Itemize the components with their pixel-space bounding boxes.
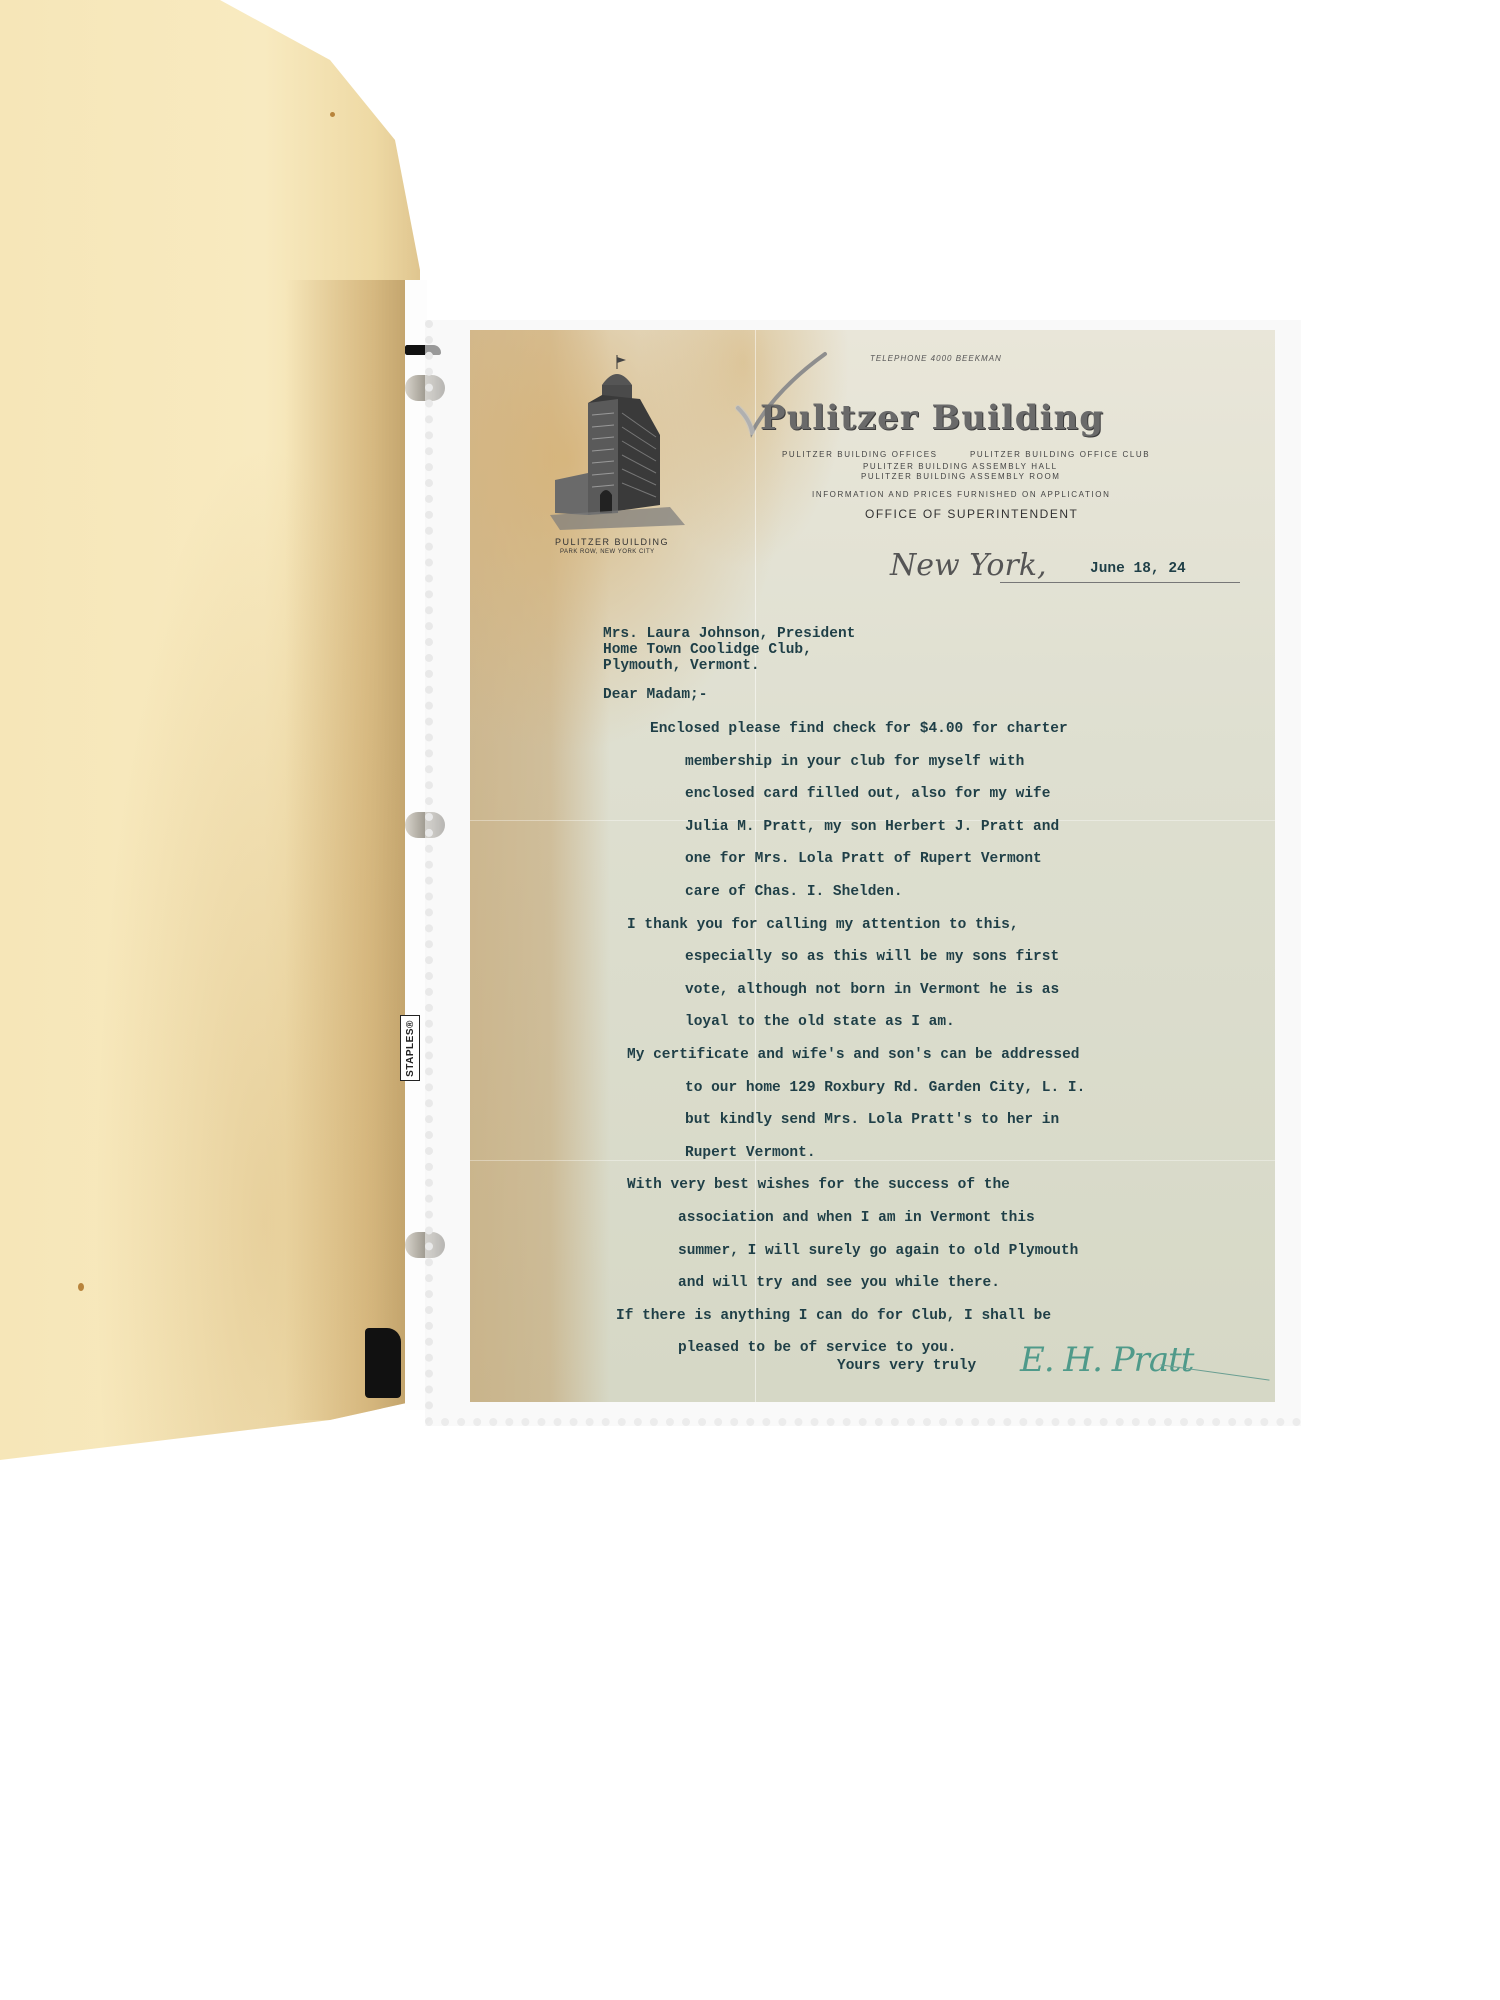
date-rule (1000, 582, 1240, 583)
letterhead-telephone: TELEPHONE 4000 BEEKMAN (870, 354, 1002, 363)
body-line: association and when I am in Vermont thi… (678, 1211, 1035, 1226)
letterhead-office: OFFICE OF SUPERINTENDENT (865, 507, 1078, 521)
body-line: Rupert Vermont. (685, 1146, 816, 1161)
body-line: to our home 129 Roxbury Rd. Garden City,… (685, 1081, 1085, 1096)
body-line: loyal to the old state as I am. (685, 1015, 955, 1030)
body-line: especially so as this will be my sons fi… (685, 950, 1059, 965)
signature: E. H. Pratt (1020, 1340, 1193, 1380)
body-line: summer, I will surely go again to old Pl… (678, 1244, 1078, 1259)
body-line: I thank you for calling my attention to … (627, 918, 1019, 933)
letterhead-information: INFORMATION AND PRICES FURNISHED ON APPL… (812, 490, 1111, 499)
water-stain (285, 280, 420, 1420)
body-line: Julia M. Pratt, my son Herbert J. Pratt … (685, 820, 1059, 835)
stain-spot (78, 1283, 84, 1291)
engraving-caption: PULITZER BUILDING (555, 537, 669, 547)
letterhead-service: PULITZER BUILDING ASSEMBLY HALL (863, 462, 1058, 471)
binder-clip (365, 1328, 401, 1398)
body-line: With very best wishes for the success of… (627, 1178, 1010, 1193)
previous-page (0, 0, 440, 1530)
body-line: enclosed card filled out, also for my wi… (685, 787, 1050, 802)
pulitzer-building-engraving-icon (550, 355, 690, 530)
letter-document: TELEPHONE 4000 BEEKMAN Pulitzer Building… (470, 330, 1275, 1402)
letter-date: June 18, 24 (1090, 562, 1186, 577)
body-line: Enclosed please find check for $4.00 for… (650, 722, 1068, 737)
recipient-line: Plymouth, Vermont. (603, 659, 760, 674)
body-line: If there is anything I can do for Club, … (616, 1309, 1051, 1324)
closing: Yours very truly (837, 1359, 976, 1374)
body-line: vote, although not born in Vermont he is… (685, 983, 1059, 998)
stain-spot (330, 112, 335, 117)
staples-brand-label: STAPLES® (400, 1015, 420, 1081)
body-line: My certificate and wife's and son's can … (627, 1048, 1079, 1063)
body-line: one for Mrs. Lola Pratt of Rupert Vermon… (685, 852, 1042, 867)
engraving-address: PARK ROW, NEW YORK CITY (560, 549, 655, 555)
body-line: and will try and see you while there. (678, 1276, 1000, 1291)
letterhead-service: PULITZER BUILDING OFFICE CLUB (970, 450, 1150, 459)
recipient-line: Mrs. Laura Johnson, President (603, 627, 855, 642)
body-line: membership in your club for myself with (685, 755, 1024, 770)
letterhead-service: PULITZER BUILDING OFFICES (782, 450, 938, 459)
body-line: care of Chas. I. Shelden. (685, 885, 903, 900)
body-line: pleased to be of service to you. (678, 1341, 956, 1356)
salutation: Dear Madam;- (603, 688, 707, 703)
letterhead-city: New York, (890, 548, 1047, 583)
recipient-line: Home Town Coolidge Club, (603, 643, 812, 658)
body-line: but kindly send Mrs. Lola Pratt's to her… (685, 1113, 1059, 1128)
letterhead-service: PULITZER BUILDING ASSEMBLY ROOM (861, 472, 1061, 481)
letterhead-title: Pulitzer Building (760, 398, 1104, 438)
fold-crease (470, 1160, 1275, 1161)
